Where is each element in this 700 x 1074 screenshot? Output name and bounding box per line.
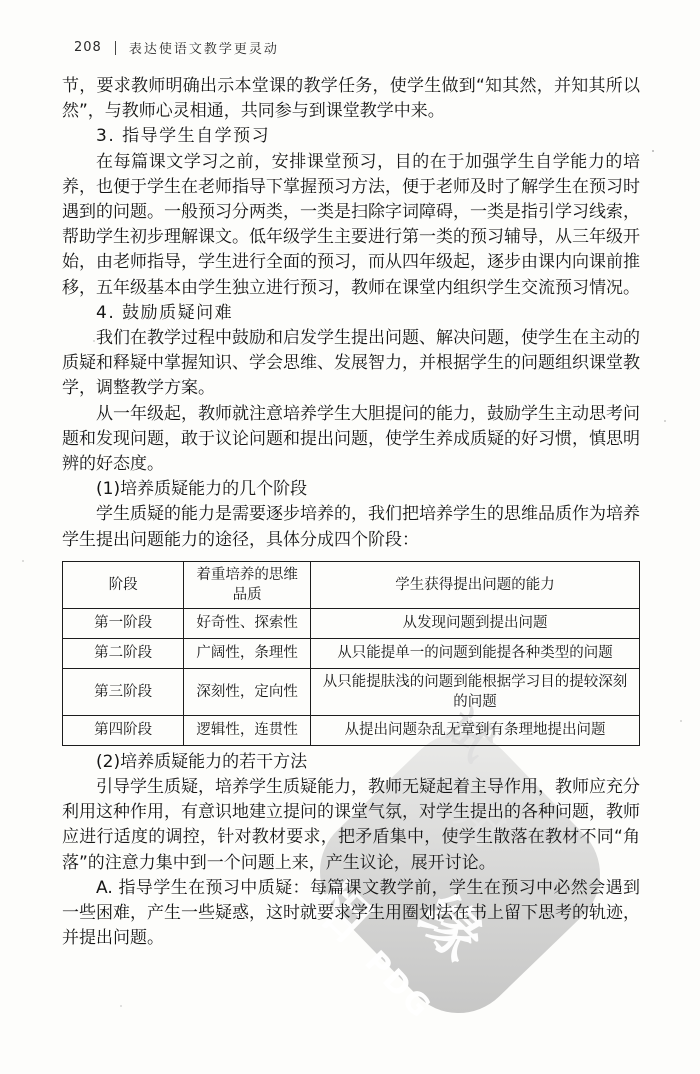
table-cell: 广阔性，条理性 xyxy=(184,638,311,668)
subheading-stages: (1)培养质疑能力的几个阶段 xyxy=(62,477,640,502)
book-title: 表达使语文教学更灵动 xyxy=(129,38,279,57)
paragraph-continuation: 节，要求教师明确出示本堂课的教学任务，使学生做到“知其然，并知其所以然”，与教师… xyxy=(62,74,640,124)
table-cell: 第四阶段 xyxy=(63,715,184,745)
table-cell: 从发现问题到提出问题 xyxy=(311,608,640,638)
table-header-row: 阶段 着重培养的思维品质 学生获得提出问题的能力 xyxy=(63,561,640,608)
table-row: 第三阶段 深刻性，定向性 从只能提肤浅的问题到能根据学习目的提较深刻的问题 xyxy=(63,668,640,715)
table-header-ability: 学生获得提出问题的能力 xyxy=(311,561,640,608)
table-cell: 逻辑性，连贯性 xyxy=(184,715,311,745)
paragraph-stages-intro: 学生质疑的能力是需要逐步培养的，我们把培养学生的思维品质作为培养学生提出问题能力… xyxy=(62,502,640,552)
header-divider xyxy=(115,41,116,55)
watermark-pdg-label: PDG xyxy=(358,944,439,1026)
page-number: 208 xyxy=(74,40,102,55)
table-cell: 好奇性、探索性 xyxy=(184,608,311,638)
subheading-methods: (2)培养质疑能力的若干方法 xyxy=(62,750,640,775)
table-cell: 第三阶段 xyxy=(63,668,184,715)
section-heading-4: 4. 鼓励质疑问难 xyxy=(62,301,640,326)
section-heading-3: 3. 指导学生自学预习 xyxy=(62,124,640,149)
table-cell: 从提出问题杂乱无章到有条理地提出问题 xyxy=(311,715,640,745)
table-row: 第二阶段 广阔性，条理性 从只能提单一的问题到能提各种类型的问题 xyxy=(63,638,640,668)
table-cell: 深刻性，定向性 xyxy=(184,668,311,715)
table-header-quality: 着重培养的思维品质 xyxy=(184,561,311,608)
paragraph-preview: 在每篇课文学习之前，安排课堂预习，目的在于加强学生自学能力的培养，也便于学生在老… xyxy=(62,150,640,301)
table-row: 第一阶段 好奇性、探索性 从发现问题到提出问题 xyxy=(63,608,640,638)
stages-table: 阶段 着重培养的思维品质 学生获得提出问题的能力 第一阶段 好奇性、探索性 从发… xyxy=(62,561,640,746)
page-body: 节，要求教师明确出示本堂课的教学任务，使学生做到“知其然，并知其所以然”，与教师… xyxy=(62,74,640,951)
table-cell: 第一阶段 xyxy=(63,608,184,638)
paragraph-methods: 引导学生质疑，培养学生质疑能力，教师无疑起着主导作用，教师应充分利用这种作用，有… xyxy=(62,775,640,876)
table-row: 第四阶段 逻辑性，连贯性 从提出问题杂乱无章到有条理地提出问题 xyxy=(63,715,640,745)
running-head: 208 表达使语文教学更灵动 xyxy=(74,38,279,57)
table-header-stage: 阶段 xyxy=(63,561,184,608)
table-cell: 从只能提肤浅的问题到能根据学习目的提较深刻的问题 xyxy=(311,668,640,715)
scanned-book-page: 试 用 相 缘 PDG 208 表达使语文教学更灵动 节，要求教师明确出示本堂课… xyxy=(0,0,700,1074)
paragraph-grade-one: 从一年级起，教师就注意培养学生大胆提问的能力，鼓励学生主动思考问题和发现问题，敢… xyxy=(62,402,640,478)
paragraph-method-a: A. 指导学生在预习中质疑：每篇课文教学前，学生在预习中必然会遇到一些困难，产生… xyxy=(62,876,640,952)
paragraph-encourage: 我们在教学过程中鼓励和启发学生提出问题、解决问题，使学生在主动的质疑和释疑中掌握… xyxy=(62,326,640,402)
table-cell: 从只能提单一的问题到能提各种类型的问题 xyxy=(311,638,640,668)
scan-noise-specks xyxy=(652,150,654,152)
table-cell: 第二阶段 xyxy=(63,638,184,668)
